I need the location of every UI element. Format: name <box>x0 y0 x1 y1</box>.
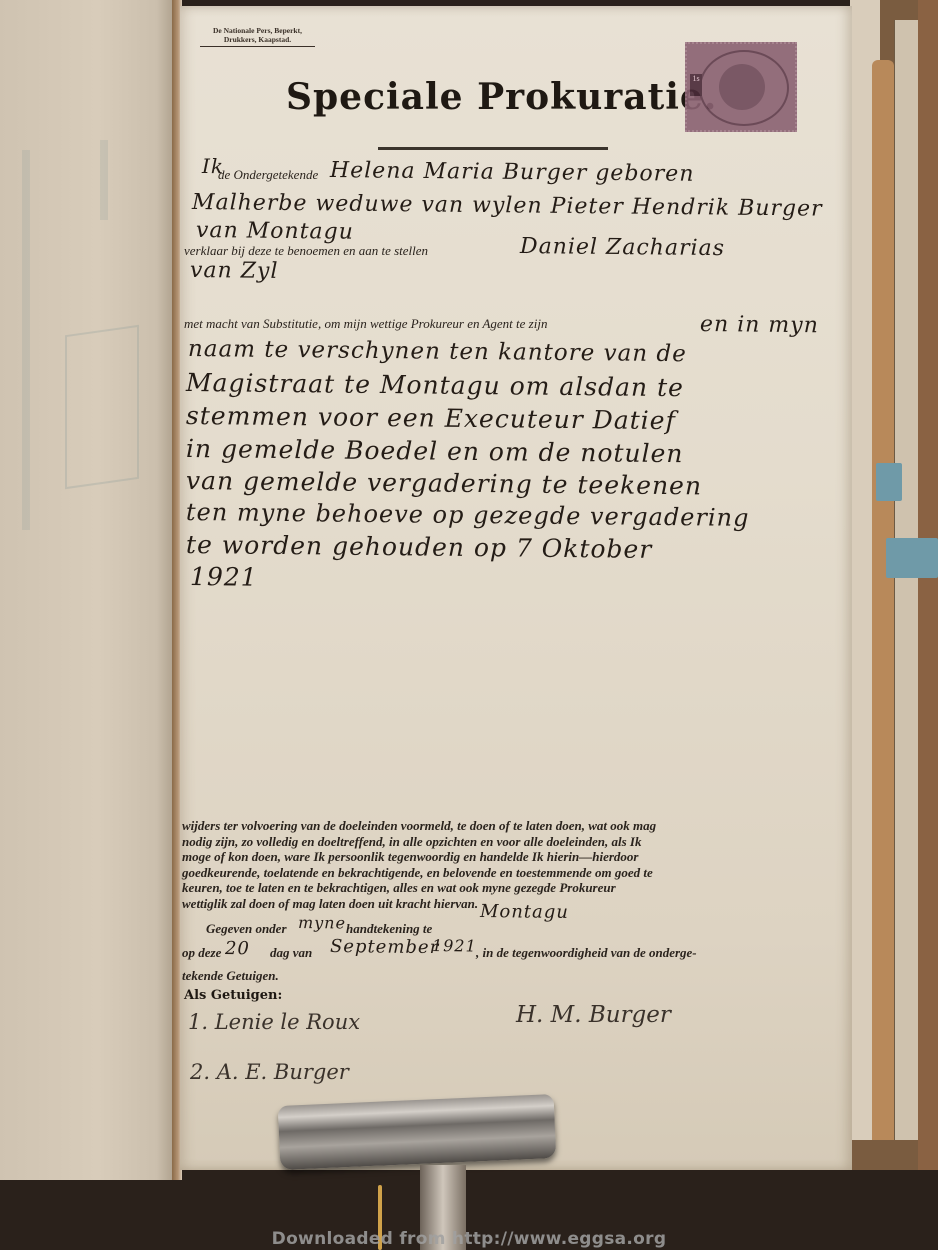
hand-line-10: in gemelde Boedel en om de notulen <box>186 434 684 468</box>
hand-line-11: van gemelde vergadering te teekenen <box>186 466 702 500</box>
hand-line-4: Daniel Zacharias <box>520 234 725 261</box>
print-getuigen: tekende Getuigen. <box>182 968 279 984</box>
blue-index-tab <box>886 538 938 578</box>
print-verklaar: verklaar bij deze te benoemen en aan te … <box>184 243 428 259</box>
print-handtekening: handtekening te <box>346 921 432 937</box>
hand-line-7: naam te verschynen ten kantore van de <box>188 336 687 367</box>
hand-line-12: ten myne behoeve op gezegde vergadering <box>186 498 750 532</box>
document-page: De Nationale Pers, Beperkt, Drukkers, Ka… <box>180 6 852 1170</box>
print-ondergetekende: de Ondergetekende <box>218 167 318 183</box>
witness-2-signature: 2. A. E. Burger <box>190 1060 349 1084</box>
hand-day: 20 <box>225 938 250 959</box>
bleed-through-mark <box>65 325 139 489</box>
title-rule <box>378 147 608 150</box>
print-gegeven: Gegeven onder <box>206 921 287 937</box>
principal-signature: H. M. Burger <box>516 1002 671 1028</box>
download-watermark: Downloaded from http://www.eggsa.org <box>0 1229 938 1249</box>
hand-line-14: 1921 <box>190 562 258 592</box>
hand-line-13: te worden gehouden op 7 Oktober <box>186 530 653 564</box>
witnesses-heading: Als Getuigen: <box>184 988 282 1003</box>
hand-line-1: Helena Maria Burger geboren <box>330 158 695 187</box>
page-title: Speciale Prokuratie. <box>286 76 717 118</box>
hand-place: Montagu <box>480 901 569 923</box>
page-edge-stack <box>850 0 938 1170</box>
bleed-through-column <box>22 150 30 530</box>
hand-line-9: stemmen voor een Executeur Datief <box>186 401 676 435</box>
stamp-portrait <box>719 64 765 110</box>
print-tegenwoordigheid: , in de tegenwoordigheid van de onderge- <box>476 945 697 961</box>
left-facing-page <box>0 0 178 1180</box>
hand-line-6: en in myn <box>700 312 819 338</box>
hand-line-5: van Zyl <box>190 258 279 284</box>
printer-imprint: De Nationale Pers, Beperkt, Drukkers, Ka… <box>200 26 315 47</box>
blue-index-tab <box>876 463 902 501</box>
bleed-through-column <box>100 140 108 220</box>
witness-1-signature: 1. Lenie le Roux <box>188 1010 360 1034</box>
print-dag-van: dag van <box>270 945 312 961</box>
hand-month: September <box>330 936 439 958</box>
stamp-value: 1s <box>690 74 702 96</box>
print-op-deze: op deze <box>182 945 221 961</box>
metal-page-clamp <box>278 1094 557 1170</box>
printed-clause: wijders ter volvoering van de doeleinden… <box>182 818 782 911</box>
revenue-stamp-icon: 1s <box>685 42 797 132</box>
hand-line-3: van Montagu <box>196 218 354 245</box>
hand-year: 1921 <box>432 936 477 955</box>
hand-myne: myne <box>298 913 346 933</box>
hand-line-8: Magistraat te Montagu om alsdan te <box>186 368 684 402</box>
hand-line-2: Malherbe weduwe van wylen Pieter Hendrik… <box>192 190 823 222</box>
print-substitutie: met macht van Substitutie, om mijn wetti… <box>184 316 547 332</box>
